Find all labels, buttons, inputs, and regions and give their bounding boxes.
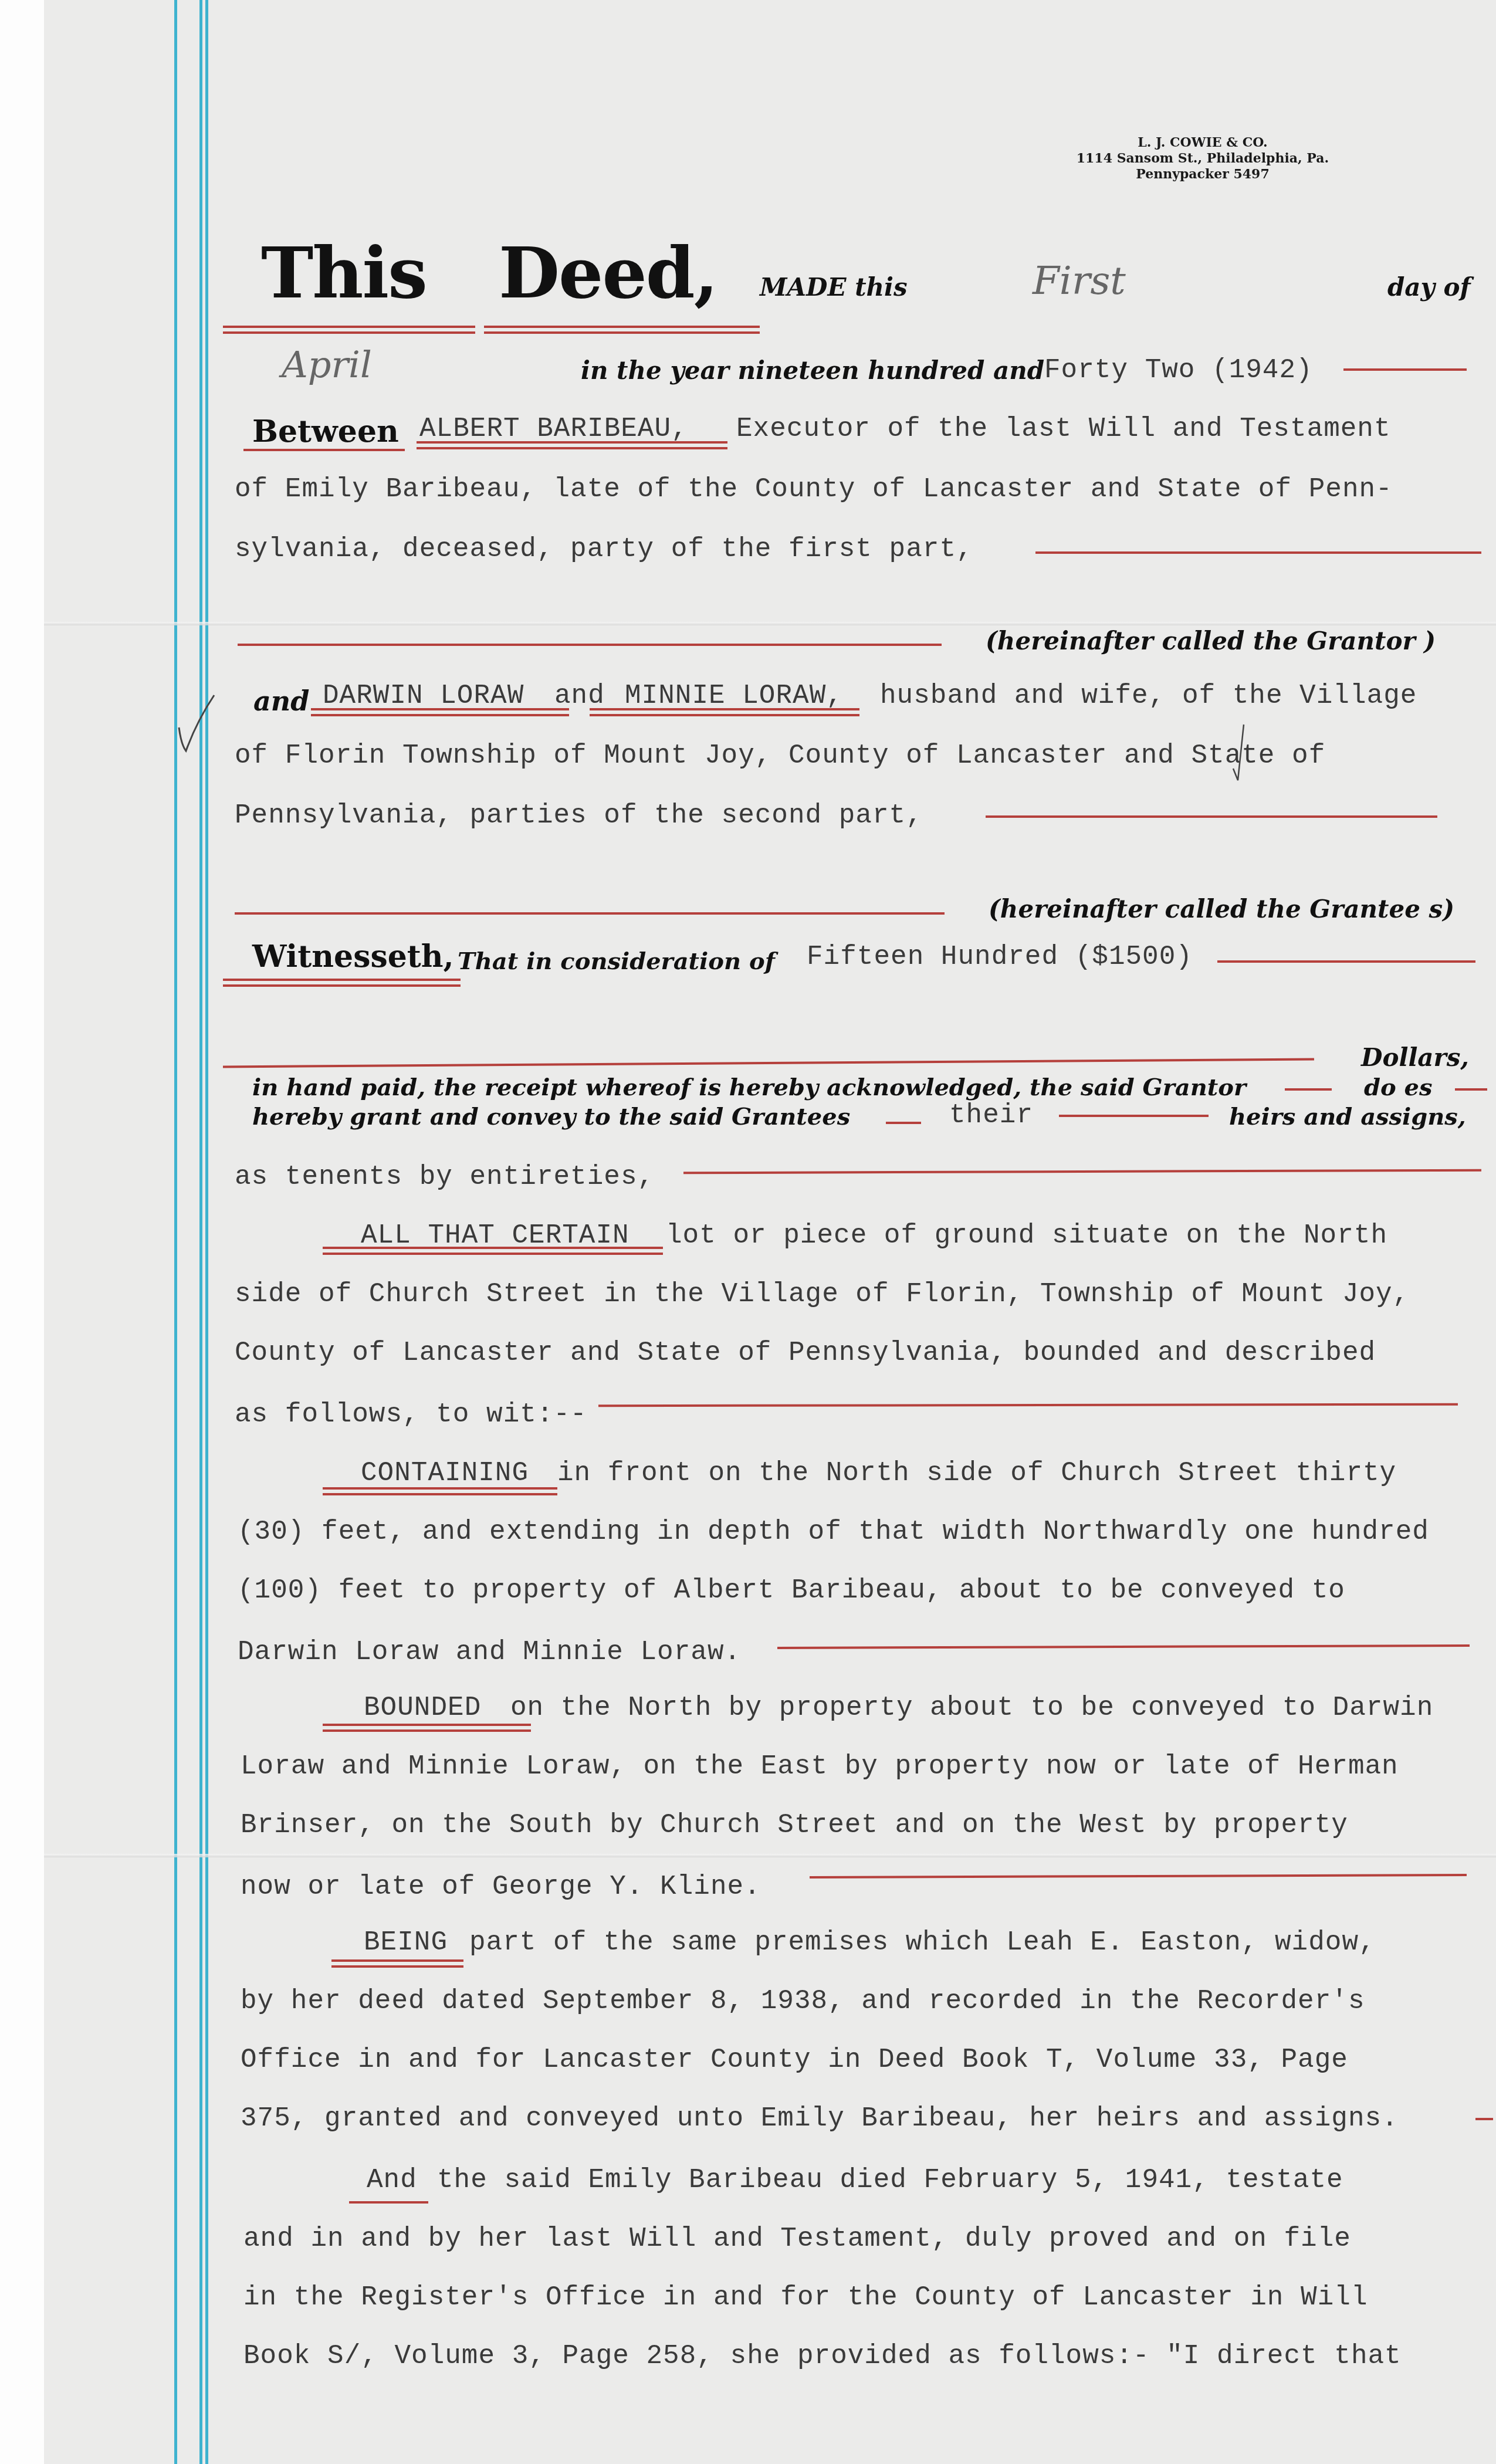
p2-line-2: (30) feet, and extending in depth of tha… [238,1517,1429,1547]
p2-lead-underline [323,1487,557,1495]
p1-line-3: County of Lancaster and State of Pennsyl… [235,1338,1376,1368]
printer-name: L. J. COWIE & CO. [1050,135,1355,151]
grantee-1-underline [311,708,569,716]
and-label: and [253,685,309,717]
margin-line-inner-2 [205,0,208,2464]
p3-lead: BOUNDED [364,1693,481,1723]
fold-crease [44,1854,1496,1857]
between-line-1: Executor of the last Will and Testament [736,414,1391,444]
year-typed: Forty Two (1942) [1044,355,1313,385]
grantee-label: (hereinafter called the Grantee s) [989,895,1454,923]
p4-lead-underline [331,1959,463,1968]
p3-lead-underline [323,1724,531,1732]
p4-line-3: Office in and for Lancaster County in De… [241,2045,1348,2075]
title-underline [484,326,760,334]
between-line-3: sylvania, deceased, party of the first p… [235,534,973,564]
fill-rule [1475,2118,1493,2120]
printer-imprint: L. J. COWIE & CO. 1114 Sansom St., Phila… [1050,135,1355,182]
consideration-label: That in consideration of [458,947,775,975]
fill-rule [1035,551,1481,554]
grantee-line-2: of Florin Township of Mount Joy, County … [235,740,1325,771]
deed-title-deed: Deed, [499,232,717,314]
dollars-label: Dollars, [1361,1043,1469,1072]
tenents-line: as tenents by entireties, [235,1162,654,1192]
consideration-amount: Fifteen Hundred ($1500) [807,942,1193,972]
p5-line-1: the said Emily Baribeau died February 5,… [437,2165,1343,2195]
deed-title-this: This [261,232,427,314]
fill-rule [1217,960,1475,963]
p5-lead-underline [349,2201,428,2204]
p5-line-3: in the Register's Office in and for the … [243,2282,1368,2313]
grantee-line-1: husband and wife, of the Village [880,681,1417,711]
heirs-assigns-label: heirs and assigns, [1229,1103,1466,1131]
p3-line-4: now or late of George Y. Kline. [241,1871,761,1902]
margin-line-inner-1 [199,0,202,2464]
between-line-2: of Emily Baribeau, late of the County of… [235,474,1393,505]
receipt-clause: in hand paid, the receipt whereof is her… [252,1074,1246,1101]
p1-line-4: as follows, to wit:-- [235,1399,587,1430]
grantee-line-3: Pennsylvania, parties of the second part… [235,800,923,831]
p4-line-4: 375, granted and conveyed unto Emily Bar… [241,2103,1399,2134]
fill-rule [235,912,945,915]
grantor-name: ALBERT BARIBEAU, [419,414,688,444]
and-typed: and [554,681,605,711]
grantee-1-name: DARWIN LORAW [323,681,524,711]
title-underline [223,326,475,334]
p2-line-3: (100) feet to property of Albert Baribea… [238,1575,1345,1606]
fill-rule [238,644,942,646]
p4-lead: BEING [364,1927,448,1958]
between-underline [243,449,405,451]
p2-line-4: Darwin Loraw and Minnie Loraw. [238,1637,741,1667]
p1-lead-underline [323,1247,663,1255]
between-label: Between [252,414,399,449]
printer-address: 1114 Sansom St., Philadelphia, Pa. [1050,151,1355,167]
fill-rule [1059,1115,1209,1117]
check-mark-icon [173,692,220,774]
p2-line-1: in front on the North side of Church Str… [557,1458,1396,1488]
p3-line-3: Brinser, on the South by Church Street a… [241,1810,1348,1840]
p2-lead: CONTAINING [361,1458,529,1488]
grant-clause: hereby grant and convey to the said Gran… [252,1103,850,1131]
grantor-underline [417,441,727,449]
check-mark-icon [1226,722,1250,792]
p4-line-2: by her deed dated September 8, 1938, and… [241,1986,1365,2016]
made-this-label: MADE this [760,273,908,302]
fill-rule [1455,1088,1487,1091]
fold-crease [44,622,1496,625]
their-typed: their [949,1100,1033,1131]
p5-line-4: Book S/, Volume 3, Page 258, she provide… [243,2341,1402,2371]
year-label: in the year nineteen hundred and [581,356,1044,385]
handwritten-month: April [282,343,372,386]
day-of-label: day of [1387,273,1471,302]
p3-line-2: Loraw and Minnie Loraw, on the East by p… [241,1751,1399,1782]
printer-phone: Pennypacker 5497 [1050,167,1355,182]
witnesseth-underline [223,979,461,987]
p1-line-1: lot or piece of ground situate on the No… [666,1220,1387,1251]
fill-rule [986,815,1437,818]
witnesseth-label: Witnesseth, [252,939,454,974]
p5-line-2: and in and by her last Will and Testamen… [243,2223,1351,2254]
fill-rule [1285,1088,1332,1091]
fill-rule [1343,368,1467,371]
grantee-2-underline [590,708,859,716]
p4-line-1: part of the same premises which Leah E. … [469,1927,1376,1958]
grantee-2-name: MINNIE LORAW, [625,681,843,711]
handwritten-day: First [1033,258,1126,303]
fill-rule [886,1122,921,1124]
p5-lead: And [367,2165,417,2195]
margin-line-outer [174,0,177,2464]
grantor-label: (hereinafter called the Grantor ) [986,627,1436,655]
do-es-label: do es [1364,1074,1433,1101]
p3-line-1: on the North by property about to be con… [510,1693,1433,1723]
p1-line-2: side of Church Street in the Village of … [235,1279,1409,1309]
